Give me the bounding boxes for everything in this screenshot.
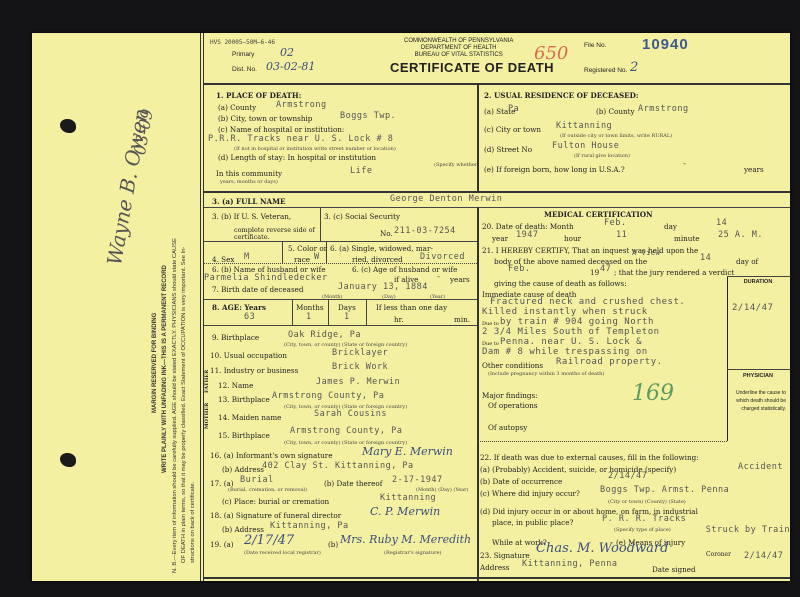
min-label: min.: [454, 315, 470, 324]
days-label: Days: [338, 303, 356, 312]
cause-line-5: Penna. near U. S. Lock &: [500, 337, 642, 347]
file-number-value: 10940: [642, 36, 689, 53]
punch-hole-top: [60, 119, 76, 133]
inquest-month-value: Feb.: [508, 264, 530, 274]
section-divider-top: [477, 85, 479, 191]
certificate-header: HVS 20005—50M—6-46 Primary 02 Dist. No. …: [204, 33, 790, 83]
spouse-age-value: -: [436, 272, 442, 282]
external-causes-heading: 22. If death was due to external causes,…: [480, 453, 699, 462]
verdict-text: ; that the jury rendered a verdict: [614, 268, 734, 277]
father-side-label: FATHER: [204, 370, 210, 393]
certify-overwrite: A View: [632, 249, 660, 257]
informant-signature: Mary E. Merwin: [362, 445, 453, 458]
months-label: Months: [296, 303, 324, 312]
industry-label: 11. Industry or business: [210, 366, 298, 375]
full-name-label: 3. (a) FULL NAME: [212, 197, 286, 206]
marital-label: 6. (a) Single, widowed, mar-: [330, 244, 433, 253]
age-days-divider: [366, 299, 367, 325]
cause-line-4: 2 3/4 Miles South of Templeton: [482, 327, 660, 337]
death-hour-value: 11: [616, 230, 627, 240]
duration-value: 2/14/47: [732, 303, 773, 313]
burial-note: (Burial, cremation, or removal): [228, 487, 307, 493]
father-birthplace-label: 13. Birthplace: [218, 395, 270, 404]
death-minute-label: minute: [674, 234, 700, 243]
cause-line-6: Dam # 8 while trespassing on: [482, 347, 648, 357]
registrar-note: (Registrar's signature): [384, 550, 441, 556]
green-annotation: 169: [632, 381, 674, 406]
registered-number-value: 2: [630, 60, 638, 75]
death-certificate-paper: Wayne B. Owen 03-09 MARGIN RESERVED FOR …: [32, 33, 790, 581]
veteran-label: 3. (b) If U. S. Veteran,: [212, 212, 291, 221]
burial-value: Burial: [240, 475, 274, 485]
place-of-death-heading: 1. PLACE OF DEATH:: [216, 91, 301, 100]
father-birthplace-value: Armstrong County, Pa: [272, 391, 384, 401]
cause-line-7: Railroad property.: [556, 357, 663, 367]
registered-number-label: Registered No.: [584, 67, 627, 74]
burial-date-value: 2-17-1947: [392, 475, 443, 485]
primary-value: 02: [280, 46, 294, 59]
sex-race-divider: [282, 241, 283, 263]
coroner-address-label: Address: [480, 563, 509, 572]
major-findings-label: Major findings:: [482, 391, 538, 400]
informant-signature-label: 16. (a) Informant's own signature: [210, 451, 332, 460]
issuing-agency: COMMONWEALTH OF PENNSYLVANIA DEPARTMENT …: [404, 38, 513, 59]
spouse-age-unit: years: [450, 275, 470, 284]
registrar-signature: Mrs. Ruby M. Meredith: [340, 533, 471, 546]
industry-value: Brick Work: [332, 362, 388, 372]
sex-value: M: [244, 252, 250, 262]
inquest-year-value: 47: [600, 264, 611, 274]
death-day-label: day: [664, 222, 677, 231]
birth-date-label: 7. Birth date of deceased: [212, 285, 304, 294]
death-city-value: Boggs Twp.: [340, 111, 396, 121]
instructions-line-3: structions on back of certificate.: [190, 482, 196, 563]
birthplace-value: Oak Ridge, Pa: [288, 330, 361, 340]
injury-place-label-2: place, in public place?: [492, 518, 573, 527]
dist-label: Dist. No.: [232, 66, 257, 73]
death-minute-value: 25 A. M.: [718, 230, 763, 240]
coroner-title: Coroner: [706, 551, 731, 558]
marital-value: Divorced: [420, 252, 465, 262]
residence-street-label: (d) Street No: [484, 145, 532, 154]
day-of-label: day of: [736, 257, 758, 266]
mother-name-label: 14. Maiden name: [218, 413, 281, 422]
coroner-address-value: Kittanning, Penna: [522, 559, 618, 569]
mother-birthplace-value: Armstrong County, Pa: [290, 426, 402, 436]
occurrence-date-label: (b) Date of occurrence: [480, 477, 562, 486]
agency-line-1: COMMONWEALTH OF PENNSYLVANIA: [404, 38, 513, 45]
certificate-form: HVS 20005—50M—6-46 Primary 02 Dist. No. …: [204, 33, 790, 581]
age-divider-bottom: [204, 325, 477, 326]
instructions-line-1: N. B.—Every item of information should b…: [172, 238, 178, 573]
hospital-note: (If not in hospital or institution write…: [234, 146, 396, 152]
injury-place-value: P. R. R. Tracks: [602, 514, 686, 524]
cause-line-1: Fractured neck and crushed chest.: [490, 297, 685, 307]
age-years-value: 63: [244, 312, 255, 322]
spouse-value: Parmelia Shindledecker: [204, 273, 328, 283]
file-number-label: File No.: [584, 42, 606, 49]
age-months-divider: [328, 299, 329, 325]
injury-location-label: (c) Where did injury occur?: [480, 489, 580, 498]
autopsy-divider: [477, 441, 727, 442]
ssn-prefix: No.: [380, 229, 393, 238]
means-of-injury-value: Struck by Train: [704, 524, 790, 536]
mother-name-value: Sarah Cousins: [314, 409, 387, 419]
residence-city-label: (c) City or town: [484, 125, 541, 134]
agency-line-3: BUREAU OF VITAL STATISTICS: [404, 52, 513, 59]
death-county-value: Armstrong: [276, 100, 327, 110]
received-date-number: 19. (a): [210, 540, 234, 549]
coroner-signature: Chas. M. Woodward: [536, 541, 668, 556]
injury-place-note: (Specify type of place): [614, 527, 671, 533]
full-name-value: George Denton Merwin: [390, 194, 502, 204]
death-hour-label: hour: [564, 234, 581, 243]
informant-address-value: 402 Clay St. Kittanning, Pa: [262, 461, 414, 471]
residence-county-value: Armstrong: [638, 104, 689, 114]
certificate-title: CERTIFICATE OF DEATH: [390, 60, 554, 75]
inquest-year-prefix: 19: [590, 268, 599, 277]
color-label: 5. Color or: [288, 244, 327, 253]
community-label: In this community: [216, 169, 282, 178]
age-label: 8. AGE: Years: [212, 303, 266, 312]
received-date-note: (Date received local registrar): [244, 550, 321, 556]
ssn-label: 3. (c) Social Security: [324, 212, 400, 221]
binding-notice: MARGIN RESERVED FOR BINDING: [152, 313, 158, 553]
stay-specify-note: (Specify whether: [434, 162, 477, 168]
mother-birthplace-label: 15. Birthplace: [218, 431, 270, 440]
mother-side-label: MOTHER: [204, 403, 210, 429]
funeral-director-label: 18. (a) Signature of funeral director: [210, 511, 341, 520]
date-signed-label: Date signed: [652, 565, 696, 574]
duration-label: DURATION: [730, 279, 786, 285]
ssn-divider: [320, 207, 321, 241]
section-divider-main: [477, 207, 479, 581]
injury-location-note: (City or town) (County) (State): [608, 499, 686, 505]
binding-margin: Wayne B. Owen 03-09 MARGIN RESERVED FOR …: [32, 33, 202, 581]
less-than-day-label: If less than one day: [376, 303, 447, 312]
hr-label: hr.: [394, 315, 404, 324]
death-city-label: (b) City, town or township: [218, 114, 312, 123]
name-divider-bottom: [204, 207, 790, 208]
physician-note: Underline the cause to which death shoul…: [732, 389, 786, 413]
date-signed-value: 2/14/47: [744, 551, 783, 561]
burial-place-label: (c) Place: burial or cremation: [222, 497, 329, 506]
duration-box-top: [727, 276, 790, 277]
agency-line-2: DEPARTMENT OF HEALTH: [404, 45, 513, 52]
ink-notice: WRITE PLAINLY WITH UNFADING INK—THIS IS …: [162, 265, 168, 553]
community-note: years, months or days): [220, 179, 278, 185]
name-divider-top: [204, 191, 790, 193]
operations-label: Of operations: [488, 401, 538, 410]
hospital-value: P.R.R. Tracks near U. S. Lock # 8: [208, 134, 393, 144]
ssn-value: 211-03-7254: [394, 226, 456, 236]
death-year-value: 1947: [516, 230, 538, 240]
residence-street-value: Fulton House: [552, 141, 619, 151]
burial-date-label: (b) Date thereof: [324, 479, 382, 488]
sex-divider-top: [204, 241, 477, 242]
form-bottom-border: [204, 577, 790, 579]
birth-date-value: January 13, 1884: [338, 282, 428, 292]
physician-heading: PHYSICIAN: [730, 373, 786, 379]
father-name-label: 12. Name: [218, 381, 253, 390]
stay-label: (d) Length of stay: In hospital or insti…: [218, 153, 376, 162]
residence-state-value: Pa: [508, 104, 519, 114]
birthplace-label: 9. Birthplace: [212, 333, 259, 342]
funeral-director-signature: C. P. Merwin: [370, 505, 440, 518]
foreign-born-value: -: [682, 159, 688, 169]
age-years-divider: [292, 299, 293, 325]
punch-hole-bottom: [60, 453, 76, 467]
other-conditions-label: Other conditions: [482, 361, 543, 370]
foreign-born-unit: years: [744, 165, 764, 174]
certify-text: 21. I HEREBY CERTIFY, That an inquest wa…: [482, 246, 698, 255]
age-days-value: 1: [344, 312, 350, 322]
residence-heading: 2. USUAL RESIDENCE OF DECEASED:: [484, 91, 639, 100]
duration-column-divider: [727, 276, 728, 441]
primary-label: Primary: [232, 51, 254, 58]
race-value: W: [314, 252, 320, 262]
foreign-born-label: (e) If foreign born, how long in U.S.A.?: [484, 165, 625, 174]
spouse-divider: [204, 263, 477, 264]
occupation-label: 10. Usual occupation: [210, 351, 287, 360]
death-year-label: year: [492, 234, 508, 243]
residence-city-value: Kittanning: [556, 121, 612, 131]
autopsy-label: Of autopsy: [488, 423, 527, 432]
community-value: Life: [350, 166, 372, 176]
occupation-value: Bricklayer: [332, 348, 388, 358]
other-conditions-note: (Include pregnancy within 3 months of de…: [488, 371, 604, 377]
injury-location-value: Boggs Twp. Armst. Penna: [600, 485, 729, 495]
death-day-value: 14: [716, 218, 727, 228]
informant-address-label: (b) Address: [222, 465, 264, 474]
instructions-line-2: OF DEATH in plain terms, so that it may …: [181, 247, 187, 563]
veteran-note: complete reverse side of certificate.: [234, 227, 324, 241]
cause-intro: giving the cause of death as follows:: [494, 279, 627, 288]
residence-city-note: (If outside city or town limits, write R…: [560, 133, 672, 139]
red-annotation: 650: [534, 43, 568, 64]
occurrence-date-value: 2/14/47: [608, 471, 647, 481]
burial-place-value: Kittanning: [380, 493, 436, 503]
registrar-number: (b): [328, 540, 338, 549]
death-county-label: (a) County: [218, 103, 256, 112]
physician-box-top: [727, 369, 790, 370]
manner-value: Accident: [738, 462, 783, 472]
funeral-director-address-value: Kittanning, Pa: [270, 521, 349, 531]
father-name-value: James P. Merwin: [316, 377, 400, 387]
age-months-value: 1: [306, 312, 312, 322]
death-month-value: Feb.: [604, 218, 626, 228]
hospital-label: (c) Name of hospital or institution:: [218, 125, 344, 134]
form-code: HVS 20005—50M—6-46: [210, 39, 275, 46]
cause-line-2: Killed instantly when struck: [482, 307, 648, 317]
cause-line-3: by train # 904 going North: [500, 317, 654, 327]
header-divider: [204, 83, 790, 85]
residence-county-label: (b) County: [596, 107, 635, 116]
inquest-day-value: 14: [700, 253, 711, 263]
received-date-value: 2/17/47: [244, 533, 294, 548]
medical-heading: MEDICAL CERTIFICATION: [544, 210, 653, 219]
dist-value: 03-02-81: [266, 60, 315, 73]
age-divider-top: [204, 299, 477, 300]
residence-street-note: (If rural give location): [574, 153, 630, 159]
